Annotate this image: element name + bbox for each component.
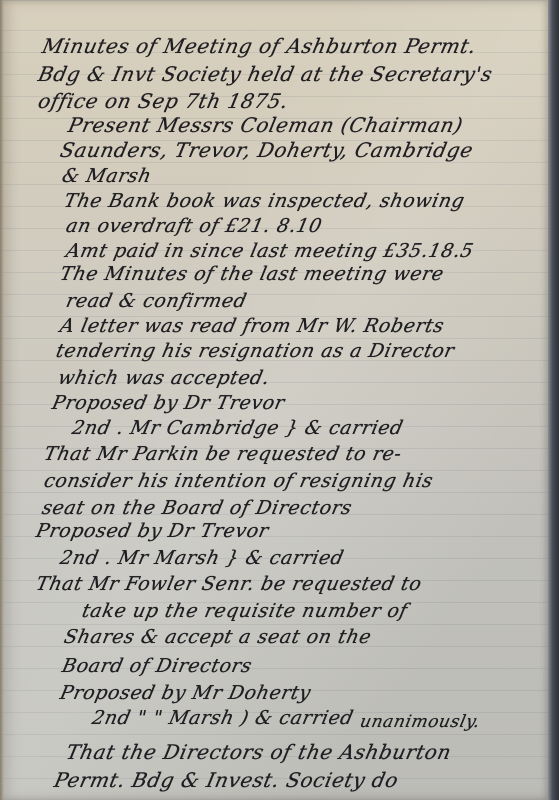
text-line-10: The Minutes of the last meeting were — [58, 263, 446, 285]
text-line-2: Bdg & Invt Society held at the Secretary… — [36, 62, 495, 86]
text-line-19: seat on the Board of Directors — [40, 497, 354, 519]
text-line-11: read & confirmed — [64, 290, 249, 312]
text-line-4: Present Messrs Coleman (Chairman) — [66, 113, 465, 137]
text-line-28: unanimously. — [358, 712, 482, 732]
text-line-3: office on Sep 7th 1875. — [36, 89, 291, 113]
text-line-22: That Mr Fowler Senr. be requested to — [34, 573, 424, 595]
text-line-25: Board of Directors — [60, 655, 254, 677]
text-line-23: take up the requisite number of — [80, 600, 410, 622]
text-line-20: Proposed by Dr Trevor — [34, 520, 271, 542]
text-line-18: consider his intention of resigning his — [42, 470, 435, 492]
text-line-27: 2nd " " Marsh ) & carried — [90, 707, 356, 729]
text-line-15: Proposed by Dr Trevor — [50, 392, 287, 414]
text-line-5: Saunders, Trevor, Doherty, Cambridge — [58, 138, 476, 162]
text-line-16: 2nd . Mr Cambridge } & carried — [70, 417, 405, 439]
text-line-21: 2nd . Mr Marsh } & carried — [58, 547, 346, 569]
text-line-8: an overdraft of £21. 8.10 — [64, 215, 324, 237]
text-line-13: tendering his resignation as a Director — [54, 340, 457, 362]
page-gutter-edge — [0, 0, 4, 800]
text-line-26: Proposed by Mr Doherty — [58, 682, 313, 704]
text-line-29: That the Directors of the Ashburton — [64, 740, 454, 764]
text-line-1: Minutes of Meeting of Ashburton Permt. — [40, 34, 479, 58]
text-line-6: & Marsh — [60, 165, 154, 187]
book-binding-edge — [548, 0, 559, 800]
text-line-9: Amt paid in since last meeting £35.18.5 — [64, 240, 476, 262]
text-line-7: The Bank book was inspected, showing — [62, 190, 467, 212]
text-line-14: which was accepted. — [56, 367, 272, 389]
text-line-30: Permt. Bdg & Invest. Society do — [52, 768, 401, 792]
text-line-12: A letter was read from Mr W. Roberts — [58, 315, 446, 337]
manuscript-page: Minutes of Meeting of Ashburton Permt. B… — [0, 0, 548, 800]
text-line-24: Shares & accept a seat on the — [62, 626, 374, 648]
text-line-17: That Mr Parkin be requested to re- — [42, 443, 404, 465]
